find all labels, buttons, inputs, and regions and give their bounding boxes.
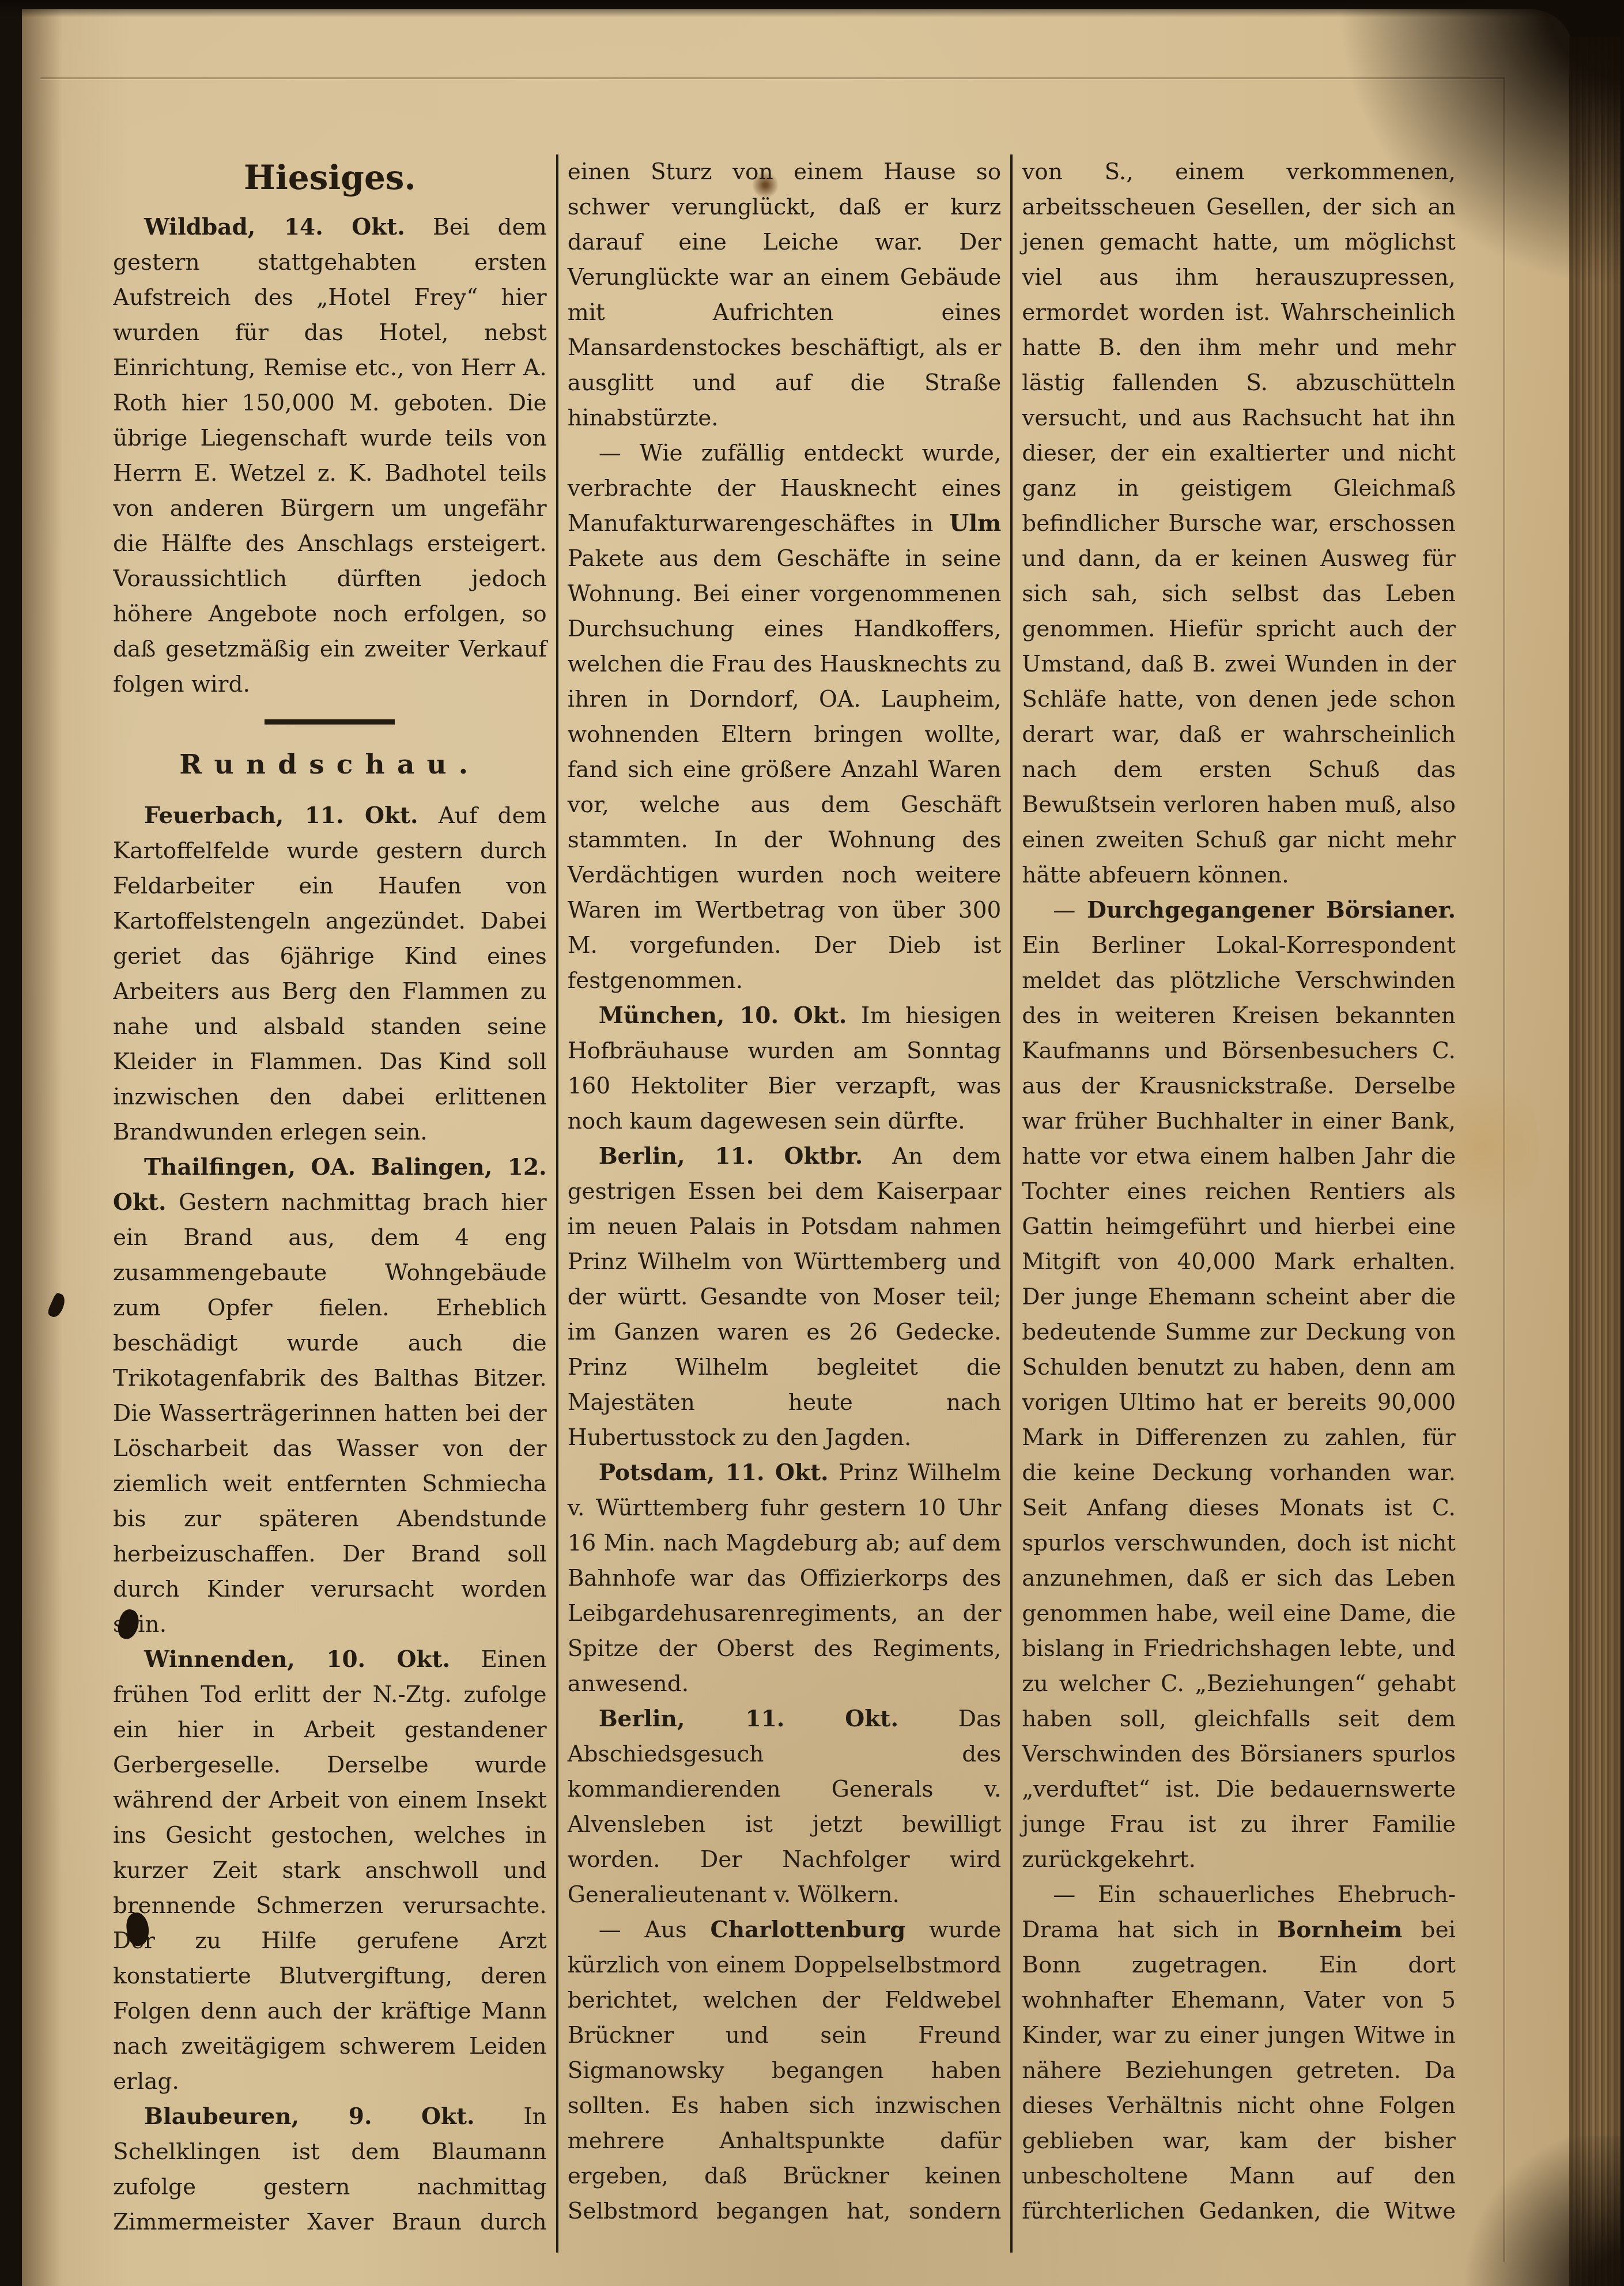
article-paragraph: Thailfingen, OA. Balingen, 12. Okt. Gest… xyxy=(113,1150,547,1642)
article-paragraph: — Wie zufällig entdeckt wurde, verbracht… xyxy=(568,436,1002,998)
article-text: — Aus xyxy=(599,1917,711,1943)
scan-corner-shadow-top-right xyxy=(1301,0,1624,288)
section-heading: Rundschau. xyxy=(113,744,547,786)
article-text: Prinz Wilhelm v. Württemberg fuhr gester… xyxy=(568,1460,1002,1697)
article-text: — xyxy=(1053,897,1087,923)
book-fore-edge xyxy=(1569,37,1621,2286)
scanned-newspaper-page: { "colors": { "paper": "#d8c298", "ink":… xyxy=(0,0,1624,2286)
article-paragraph: — Durchgegangener Börsianer. Ein Berline… xyxy=(1022,893,1456,1877)
article-text: Das Abschiedsgesuch des kommandierenden … xyxy=(568,1706,1002,1908)
article-dateline: Berlin, 11. Okt. xyxy=(599,1706,898,1732)
article-text: Einen frühen Tod erlitt der N.-Ztg. zufo… xyxy=(113,1647,547,2095)
article-dateline: München, 10. Okt. xyxy=(599,1002,847,1029)
article-paragraph: Potsdam, 11. Okt. Prinz Wilhelm v. Württ… xyxy=(568,1455,1002,1702)
article-dateline: Ulm xyxy=(949,510,1001,537)
scan-corner-shadow-bottom-right xyxy=(1451,2136,1624,2286)
article-paragraph: Winnenden, 10. Okt. Einen frühen Tod erl… xyxy=(113,1642,547,2099)
article-dateline: Feuerbach, 11. Okt. xyxy=(144,802,418,829)
article-paragraph: Berlin, 11. Oktbr. An dem gestrigen Esse… xyxy=(568,1139,1002,1455)
article-text: Auf dem Kartoffelfelde wurde gestern dur… xyxy=(113,803,547,1145)
section-heading: Hiesiges. xyxy=(113,157,547,198)
article-dateline: Durchgegangener Börsianer. xyxy=(1087,897,1456,923)
article-dateline: Bornheim xyxy=(1277,1917,1402,1943)
article-text: An dem gestrigen Essen bei dem Kaiserpaa… xyxy=(568,1144,1002,1451)
article-text: — Wie zufällig entdeckt wurde, verbracht… xyxy=(568,440,1002,537)
article-dateline: Blaubeuren, 9. Okt. xyxy=(144,2103,475,2130)
article-dateline: Potsdam, 11. Okt. xyxy=(599,1459,829,1486)
section-divider-rule xyxy=(265,719,395,725)
article-text: Bei dem gestern stattgehabten ersten Auf… xyxy=(113,214,547,697)
article-dateline: Wildbad, 14. Okt. xyxy=(144,214,405,240)
embossed-border-line-top xyxy=(40,77,1504,79)
article-paragraph: Wildbad, 14. Okt. Bei dem gestern stattg… xyxy=(113,210,547,702)
article-dateline: Berlin, 11. Oktbr. xyxy=(599,1143,863,1170)
article-dateline: Charlottenburg xyxy=(711,1917,906,1943)
binding-shadow xyxy=(22,9,62,2286)
article-dateline: Winnenden, 10. Okt. xyxy=(144,1646,450,1673)
text-columns: Hiesiges.Wildbad, 14. Okt. Bei dem geste… xyxy=(113,154,1456,2253)
article-paragraph: Berlin, 11. Okt. Das Abschiedsgesuch des… xyxy=(568,1702,1002,1912)
article-paragraph: Feuerbach, 11. Okt. Auf dem Kartoffelfel… xyxy=(113,798,547,1150)
article-text: Gestern nachmittag brach hier ein Brand … xyxy=(113,1190,547,1638)
article-paragraph: München, 10. Okt. Im hiesigen Hofbräuhau… xyxy=(568,998,1002,1139)
article-text: Ein Berliner Lokal-Korrespondent meldet … xyxy=(1022,933,1456,1873)
article-text: Pakete aus dem Geschäfte in seine Wohnun… xyxy=(568,546,1002,994)
